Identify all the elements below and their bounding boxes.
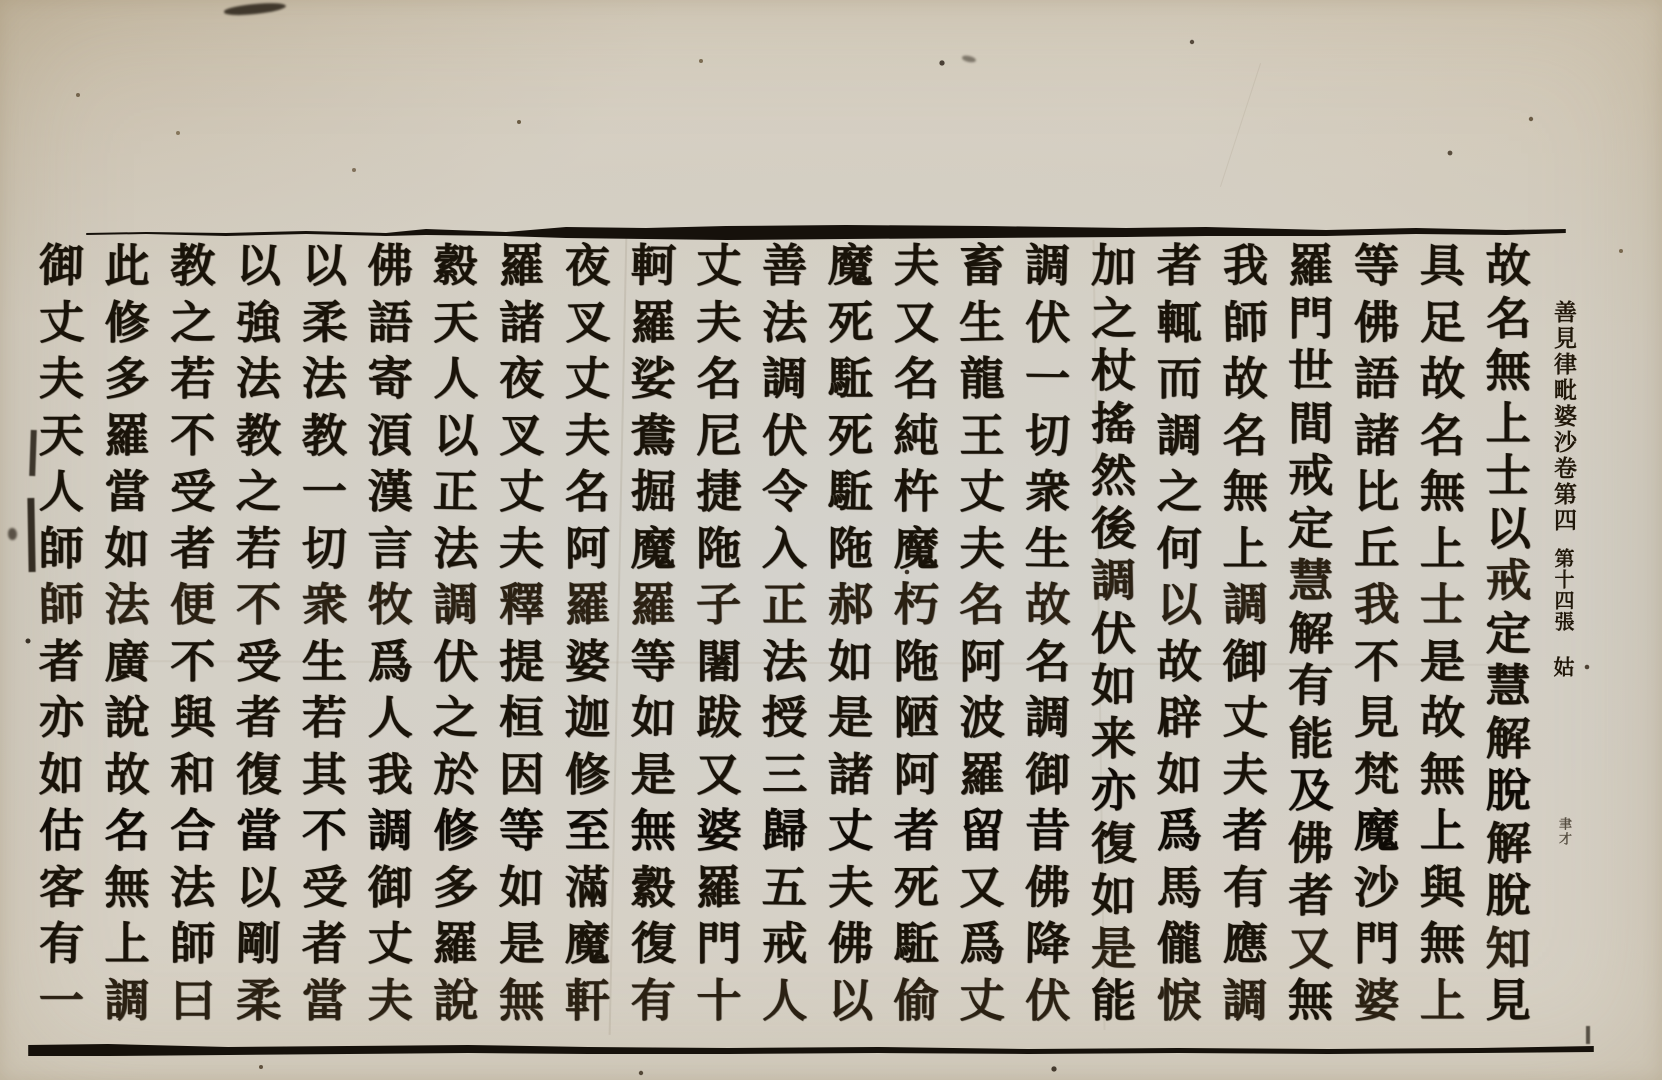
glyph: 等 (1354, 243, 1399, 288)
glyph: 者 (236, 695, 282, 741)
glyph: 爲 (368, 639, 413, 684)
glyph: 名 (105, 808, 150, 853)
text-column: 佛語寄湏漢言牧爲人我調御丈夫 (357, 243, 423, 1023)
glyph: 佛 (828, 921, 874, 967)
glyph: 廣 (105, 639, 150, 684)
ink-smudge (962, 55, 977, 64)
glyph: 受 (170, 469, 215, 514)
glyph: 如 (105, 526, 150, 571)
text-block: 善見律毗婆沙卷第四 第十四張 姑 聿才 故名無上士以戒定慧解脫解脫知見具足故名無… (28, 243, 1585, 1023)
glyph: 名 (1485, 295, 1531, 341)
glyph: 師 (1222, 299, 1268, 345)
glyph: 丈 (828, 808, 873, 853)
glyph: 闍 (696, 639, 741, 684)
glyph: 上 (1420, 526, 1465, 571)
glyph: 調 (1157, 413, 1202, 458)
glyph: 魔 (828, 243, 874, 289)
glyph: 當 (236, 808, 281, 853)
glyph: 衆 (301, 582, 347, 628)
glyph: 上 (105, 921, 150, 966)
glyph: 修 (433, 808, 478, 853)
glyph: 調 (368, 808, 413, 853)
glyph: 法 (170, 864, 216, 910)
glyph: 調 (105, 978, 150, 1023)
glyph: 輒 (1157, 300, 1202, 345)
glyph: 不 (170, 413, 215, 458)
glyph: 無 (1288, 978, 1334, 1024)
glyph: 解 (1288, 611, 1333, 656)
glyph: 悷 (1157, 978, 1202, 1023)
glyph: 無 (105, 865, 150, 910)
text-column: 御丈夫天人師師者亦如估客有一 (28, 243, 94, 1023)
glyph: 脫 (1486, 873, 1531, 918)
glyph: 縠 (433, 243, 479, 289)
glyph: 伏 (762, 413, 807, 458)
glyph: 漢 (368, 469, 413, 514)
glyph: 一 (1025, 356, 1071, 402)
ink-smudge (8, 528, 17, 540)
glyph: 等 (499, 808, 544, 853)
glyph: 而 (1157, 356, 1202, 401)
glyph: 不 (170, 639, 215, 684)
glyph: 伏 (433, 639, 478, 684)
glyph: 教 (170, 243, 215, 288)
glyph: 魔 (894, 526, 939, 571)
glyph: 切 (1025, 413, 1070, 458)
case-character: 姑 (1541, 656, 1585, 677)
glyph: 我 (368, 752, 413, 797)
glyph: 生 (302, 639, 347, 684)
glyph: 辟 (1157, 695, 1202, 740)
glyph: 有 (1222, 864, 1268, 910)
glyph: 復 (1091, 820, 1137, 866)
title-column: 善見律毗婆沙卷第四 第十四張 姑 聿才 (1541, 243, 1585, 1023)
glyph: 授 (762, 695, 808, 741)
paper-fibre (1220, 63, 1261, 187)
glyph: 調 (1091, 558, 1137, 604)
glyph: 阿 (959, 639, 1004, 684)
glyph: 如 (828, 639, 873, 684)
glyph: 者 (170, 526, 215, 571)
glyph: 故 (105, 752, 150, 797)
glyph: 天 (433, 299, 479, 345)
glyph: 叉 (564, 299, 610, 345)
glyph: 定 (1288, 505, 1334, 551)
glyph: 以 (1486, 506, 1531, 551)
glyph: 我 (1222, 243, 1268, 289)
glyph: 和 (170, 752, 215, 797)
glyph: 法 (302, 356, 347, 401)
glyph: 阿 (565, 526, 610, 571)
glyph: 搖 (1091, 401, 1136, 446)
text-column: 夫又名純杵魔朽陁陋阿者死駈偷 (883, 243, 949, 1023)
glyph: 諸 (1354, 413, 1399, 458)
glyph: 調 (1222, 582, 1268, 628)
text-column: 畜生龍王丈夫名阿波羅留又爲丈 (949, 243, 1015, 1023)
glyph: 語 (1354, 356, 1399, 401)
glyph: 之 (433, 695, 479, 741)
glyph: 陋 (894, 695, 939, 740)
glyph: 羅 (631, 582, 676, 627)
glyph: 當 (302, 978, 347, 1023)
glyph: 故 (1419, 695, 1465, 741)
paper-specks (0, 0, 2, 2)
glyph: 無 (1222, 469, 1268, 515)
glyph: 修 (565, 752, 610, 797)
glyph: 軻 (630, 243, 676, 289)
glyph: 羅 (499, 243, 544, 288)
glyph: 寄 (368, 356, 413, 401)
glyph: 畜 (959, 243, 1004, 288)
glyph: 法 (762, 300, 807, 345)
glyph: 曰 (170, 978, 215, 1023)
collation-mark: 聿才 (1541, 817, 1585, 847)
glyph: 娑 (631, 356, 676, 401)
glyph: 教 (236, 413, 281, 458)
glyph: 間 (1288, 401, 1333, 446)
glyph: 衆 (1025, 469, 1071, 515)
glyph: 正 (433, 469, 479, 515)
text-column: 故名無上士以戒定慧解脫解脫知見 (1475, 243, 1541, 1023)
glyph: 言 (368, 526, 413, 571)
glyph: 掘 (630, 469, 676, 515)
glyph: 昔 (1025, 808, 1070, 853)
glyph: 桓 (499, 695, 545, 741)
glyph: 生 (1025, 525, 1071, 571)
glyph: 名 (1223, 413, 1268, 458)
glyph: 名 (696, 356, 741, 401)
glyph: 比 (1354, 469, 1399, 514)
glyph: 當 (105, 469, 150, 514)
glyph: 夫 (827, 864, 873, 910)
glyph: 之 (1091, 295, 1137, 341)
glyph: 法 (762, 639, 807, 684)
glyph: 見 (1486, 978, 1531, 1023)
glyph: 加 (1091, 243, 1136, 288)
glyph: 調 (433, 582, 479, 628)
glyph: 復 (236, 752, 281, 797)
glyph: 駈 (828, 356, 873, 401)
glyph: 我 (1354, 582, 1400, 628)
glyph: 切 (302, 526, 347, 571)
glyph: 婆 (1354, 978, 1399, 1023)
text-column: 等佛語諸比丘我不見梵魔沙門婆 (1344, 243, 1410, 1023)
glyph: 之 (236, 469, 282, 515)
glyph: 杖 (1091, 348, 1136, 393)
glyph: 說 (433, 978, 478, 1023)
glyph: 定 (1486, 611, 1531, 656)
glyph: 慧 (1486, 663, 1531, 708)
glyph: 調 (1025, 695, 1071, 741)
glyph: 故 (1157, 639, 1202, 684)
glyph: 朽 (894, 582, 939, 627)
glyph: 名 (894, 356, 939, 401)
glyph: 名 (959, 582, 1005, 628)
glyph: 應 (1222, 921, 1268, 967)
glyph: 伏 (1025, 300, 1070, 345)
glyph: 陁 (894, 639, 939, 684)
glyph: 陁 (696, 526, 741, 571)
glyph: 丈 (565, 356, 610, 401)
glyph: 如 (1091, 873, 1136, 918)
glyph: 以 (433, 413, 478, 458)
glyph: 柔 (236, 978, 281, 1023)
glyph: 羅 (433, 921, 479, 967)
glyph: 說 (105, 695, 150, 740)
glyph: 戒 (762, 921, 807, 966)
glyph: 以 (1157, 582, 1202, 627)
glyph: 士 (1420, 582, 1465, 627)
glyph: 復 (630, 921, 676, 967)
bottom-border-rule (28, 1042, 1594, 1058)
glyph: 戒 (1485, 558, 1531, 604)
glyph: 如 (630, 695, 676, 741)
glyph: 上 (1420, 978, 1465, 1023)
glyph: 夫 (894, 243, 939, 288)
glyph: 無 (1486, 348, 1531, 393)
glyph: 調 (762, 356, 808, 402)
glyph: 不 (1354, 639, 1399, 684)
glyph: 又 (1288, 926, 1333, 971)
glyph: 捷 (696, 469, 741, 514)
glyph: 滿 (564, 864, 610, 910)
glyph: 天 (39, 413, 84, 458)
glyph: 波 (959, 695, 1004, 740)
glyph: 戒 (1288, 453, 1333, 498)
glyph: 後 (1091, 506, 1136, 551)
glyph: 丈 (1222, 695, 1268, 741)
text-column: 軻羅娑鴦掘魔羅等如是無縠復有 (620, 243, 686, 1023)
glyph: 死 (894, 865, 939, 910)
glyph: 迦 (565, 695, 610, 740)
glyph: 御 (1025, 752, 1070, 797)
text-column: 調伏一切衆生故名調御昔佛降伏 (1015, 243, 1081, 1023)
glyph: 至 (565, 808, 610, 853)
glyph: 士 (1486, 453, 1531, 498)
glyph: 丘 (1354, 526, 1399, 571)
glyph: 上 (1420, 808, 1465, 853)
glyph: 上 (1486, 401, 1531, 446)
glyph: 儱 (1157, 921, 1202, 966)
glyph: 五 (762, 865, 808, 911)
glyph: 受 (301, 864, 347, 910)
glyph: 佛 (1354, 299, 1400, 345)
glyph: 純 (894, 413, 939, 458)
glyph: 之 (170, 299, 216, 345)
glyph: 受 (236, 639, 281, 684)
glyph: 是 (631, 752, 676, 797)
glyph: 便 (170, 582, 216, 628)
glyph: 上 (1223, 526, 1268, 571)
glyph: 能 (1288, 716, 1333, 761)
text-column: 以強法教之若不受者復當以剛柔 (226, 243, 292, 1023)
glyph: 若 (170, 356, 215, 401)
glyph: 駈 (828, 469, 874, 515)
glyph: 羅 (631, 300, 676, 345)
glyph: 龍 (959, 356, 1004, 401)
glyph: 丈 (959, 978, 1004, 1023)
glyph: 人 (368, 695, 413, 740)
glyph: 魔 (631, 526, 676, 571)
text-column: 教之若不受者便不與和合法師曰 (160, 243, 226, 1023)
glyph: 因 (499, 752, 544, 797)
glyph: 正 (762, 582, 807, 627)
glyph: 足 (1420, 300, 1465, 345)
glyph: 脫 (1486, 768, 1531, 813)
glyph: 者 (39, 639, 84, 684)
glyph: 等 (631, 639, 676, 684)
glyph: 若 (302, 695, 347, 740)
text-column: 具足故名無上士是故無上與無上 (1409, 243, 1475, 1023)
glyph: 留 (959, 808, 1004, 853)
glyph: 軒 (565, 978, 610, 1023)
sheet-number: 第十四張 (1541, 548, 1585, 632)
glyph: 能 (1091, 978, 1136, 1023)
glyph: 名 (1025, 639, 1070, 684)
glyph: 婆 (696, 808, 741, 853)
glyph: 伏 (1025, 978, 1070, 1023)
glyph: 夫 (1223, 752, 1268, 797)
glyph: 者 (1157, 243, 1202, 288)
glyph: 故 (1420, 356, 1465, 401)
glyph: 人 (38, 469, 84, 515)
glyph: 阿 (894, 752, 939, 797)
glyph: 有 (1288, 663, 1334, 709)
glyph: 師 (38, 582, 84, 628)
glyph: 無 (1419, 921, 1465, 967)
text-column: 善法調伏令入正法授三歸五戒人 (752, 243, 818, 1023)
glyph: 丈 (38, 299, 84, 345)
glyph: 師 (39, 526, 84, 571)
glyph: 亦 (38, 695, 84, 741)
ink-smudge (224, 1, 287, 17)
glyph: 入 (762, 525, 808, 571)
glyph: 以 (828, 978, 873, 1023)
glyph: 降 (1025, 921, 1071, 967)
text-column: 丈夫名尼捷陁子闍跋又婆羅門十 (686, 243, 752, 1023)
glyph: 故 (1223, 356, 1268, 401)
glyph: 夫 (368, 978, 413, 1023)
glyph: 諸 (828, 752, 873, 797)
text-column: 我師故名無上調御丈夫者有應調 (1212, 243, 1278, 1023)
text-column: 以柔法教一切衆生若其不受者當 (291, 243, 357, 1023)
glyph: 及 (1288, 768, 1333, 813)
glyph: 多 (105, 356, 150, 401)
text-column: 羅諸夜叉丈夫釋提桓因等如是無 (489, 243, 555, 1023)
glyph: 者 (1223, 808, 1268, 853)
glyph: 與 (170, 695, 215, 740)
glyph: 調 (1025, 243, 1071, 289)
glyph: 無 (499, 978, 544, 1023)
glyph: 三 (762, 752, 807, 797)
glyph: 具 (1419, 243, 1465, 289)
glyph: 爲 (959, 921, 1004, 966)
glyph: 丈 (368, 921, 413, 966)
glyph: 跋 (696, 695, 741, 740)
glyph: 生 (959, 299, 1005, 345)
glyph: 法 (105, 582, 150, 627)
glyph: 柔 (301, 299, 347, 345)
glyph: 一 (302, 469, 347, 514)
glyph: 是 (1420, 639, 1465, 684)
glyph: 語 (368, 300, 413, 345)
glyph: 夜 (499, 356, 545, 402)
glyph: 郝 (827, 582, 873, 628)
glyph: 善 (762, 243, 807, 288)
glyph: 夫 (499, 525, 545, 571)
glyph: 故 (1486, 243, 1531, 288)
glyph: 叉 (499, 413, 544, 458)
text-column: 此修多羅當如法廣說故名無上調 (94, 243, 160, 1023)
glyph: 死 (827, 299, 873, 345)
glyph: 解 (1486, 716, 1531, 761)
glyph: 羅 (696, 864, 742, 910)
glyph: 梵 (1354, 752, 1399, 797)
glyph: 御 (368, 865, 413, 910)
glyph: 伏 (1091, 611, 1136, 656)
glyph: 尼 (696, 413, 741, 458)
glyph: 名 (1420, 413, 1465, 458)
glyph: 是 (1091, 926, 1136, 971)
glyph: 駈 (894, 921, 939, 966)
glyph: 諸 (499, 300, 544, 345)
text-column: 夜叉丈夫名阿羅婆迦修至滿魔軒 (555, 243, 621, 1023)
glyph: 以 (302, 243, 347, 288)
glyph: 御 (38, 243, 84, 289)
glyph: 強 (236, 300, 281, 345)
glyph: 羅 (959, 752, 1004, 797)
glyph: 如 (499, 865, 545, 911)
glyph: 鴦 (631, 413, 676, 458)
glyph: 丈 (499, 469, 544, 514)
glyph: 客 (38, 864, 84, 910)
glyph: 佛 (368, 243, 413, 288)
glyph: 夜 (565, 243, 610, 288)
scanned-sutra-page: 善見律毗婆沙卷第四 第十四張 姑 聿才 故名無上士以戒定慧解脫解脫知見具足故名無… (0, 0, 1662, 1080)
glyph: 来 (1091, 716, 1136, 761)
glyph: 法 (433, 526, 478, 571)
glyph: 者 (1288, 873, 1333, 918)
glyph: 調 (1223, 978, 1268, 1023)
glyph: 馬 (1157, 865, 1202, 910)
glyph: 佛 (1025, 865, 1071, 911)
glyph: 世 (1288, 348, 1334, 394)
glyph: 是 (499, 921, 544, 966)
glyph: 多 (433, 864, 479, 910)
glyph: 於 (433, 752, 478, 797)
glyph: 縠 (631, 865, 676, 910)
text-column: 羅門世間戒定慧解有能及佛者又無 (1278, 243, 1344, 1023)
glyph: 又 (696, 752, 741, 797)
glyph: 估 (39, 808, 84, 853)
glyph: 陁 (828, 526, 873, 571)
glyph: 魔 (1354, 808, 1399, 853)
glyph: 御 (1223, 639, 1268, 684)
text-column: 縠天人以正法調伏之於修多羅說 (423, 243, 489, 1023)
glyph: 子 (696, 582, 742, 628)
scroll-title: 善見律毗婆沙卷第四 (1541, 300, 1585, 534)
glyph: 之 (1157, 469, 1202, 514)
glyph: 如 (39, 752, 84, 797)
glyph: 王 (959, 413, 1004, 458)
glyph: 者 (894, 808, 939, 853)
glyph: 杵 (894, 469, 939, 514)
glyph: 婆 (565, 639, 610, 684)
glyph: 剛 (236, 921, 282, 967)
glyph: 不 (302, 808, 347, 853)
glyph: 令 (762, 469, 807, 514)
glyph: 十 (696, 978, 741, 1023)
